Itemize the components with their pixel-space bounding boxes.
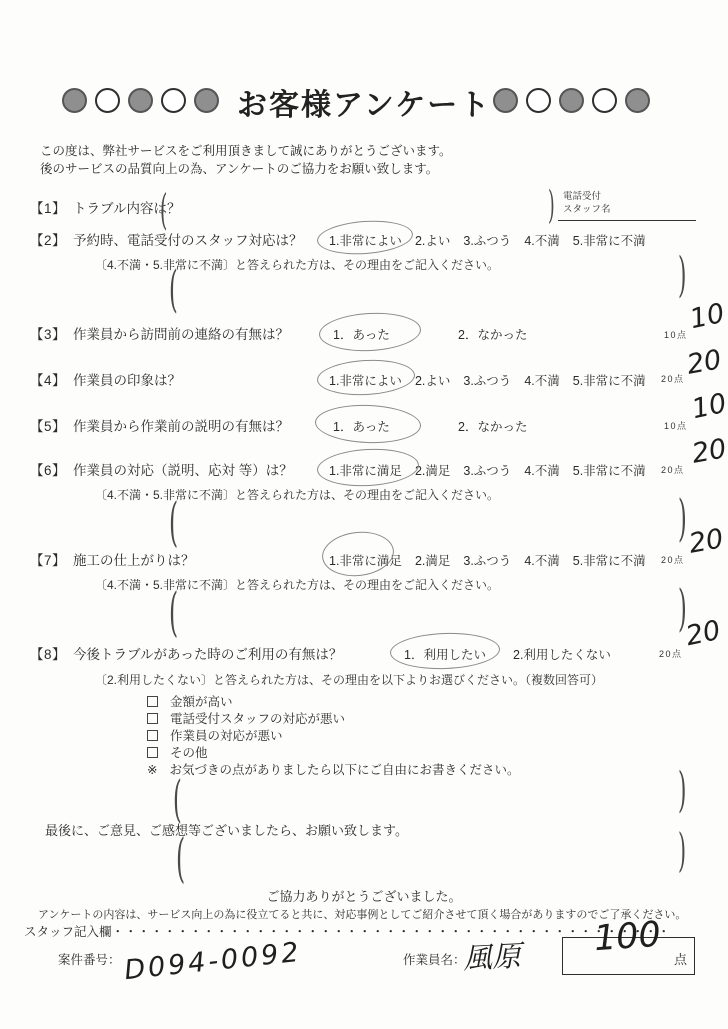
reason-bracket-close: ) (678, 251, 686, 299)
intro-line-1: この度は、弊社サービスをご利用頂きまして誠にありがとうございます。 (40, 142, 452, 160)
checkbox-icon (147, 747, 158, 758)
question-6-text: 作業員の対応（説明、応対 等）は？ (73, 459, 293, 479)
checkbox-label: 作業員の対応が悪い (170, 726, 283, 744)
case-number-label: 案件番号： (58, 950, 121, 968)
checkbox-label: 電話受付スタッフの対応が悪い (170, 709, 345, 727)
question-2-followup: 〔4.不満・5.非常に不満〕と答えられた方は、その理由をご記入ください。 (95, 256, 499, 273)
reference-mark: ※ (147, 762, 157, 777)
question-5-text: 作業員から作業前の説明の有無は？ (73, 415, 289, 435)
question-6-number: 【6】 (30, 459, 66, 479)
checkbox-icon (147, 713, 158, 724)
question-2-number: 【2】 (30, 229, 66, 249)
free-note-row: ※ お気づきの点がありましたら以下にご自由にお書きください。 (147, 760, 520, 778)
option: 3.ふつう (463, 461, 511, 479)
staff-section-label: スタッフ記入欄 (24, 925, 112, 939)
question-6-followup: 〔4.不満・5.非常に不満〕と答えられた方は、その理由をご記入ください。 (95, 486, 499, 503)
points-label: 20点 (661, 553, 685, 566)
question-8-followup: 〔2.利用したくない〕と答えられた方は、その理由を以下よりお選びください。（複数… (95, 671, 603, 688)
question-7-text: 施工の仕上がりは？ (73, 549, 195, 569)
reason-bracket-open: ( (169, 587, 178, 639)
option: 5.非常に不満 (573, 371, 646, 389)
points-label: 20点 (659, 647, 683, 660)
option: 3.ふつう (463, 371, 511, 389)
points-label: 20点 (661, 372, 685, 385)
answer-circle (316, 218, 414, 258)
question-7-followup: 〔4.不満・5.非常に不満〕と答えられた方は、その理由をご記入ください。 (95, 576, 499, 593)
option: 4.不満 (524, 371, 559, 389)
handwritten-score: 20 (687, 525, 726, 558)
thanks-text: ご協力ありがとうございました。 (0, 886, 728, 905)
answer-circle (318, 310, 422, 353)
worker-name-label: 作業員名： (403, 950, 466, 968)
option: 4.不満 (524, 551, 559, 569)
checkbox-item: その他 (147, 743, 208, 761)
question-4-number: 【4】 (30, 369, 66, 389)
option: 5.非常に不満 (573, 551, 646, 569)
checkbox-label: その他 (170, 743, 208, 761)
filled-circle-icon (62, 88, 87, 113)
decorative-circles-right (493, 88, 650, 113)
question-4: 【4】 作業員の印象は？ (30, 369, 181, 389)
option: 3.ふつう (463, 551, 511, 569)
handwritten-score: 20 (690, 435, 728, 468)
question-8-text: 今後トラブルがあった時のご利用の有無は？ (73, 643, 342, 663)
intro-text: この度は、弊社サービスをご利用頂きまして誠にありがとうございます。 後のサービス… (40, 142, 452, 178)
usage-note: アンケートの内容は、サービス向上の為に役立てると共に、対応事例としてご紹介させて… (38, 906, 686, 922)
question-2-text: 予約時、電話受付のスタッフ対応は？ (73, 229, 303, 249)
intro-line-2: 後のサービスの品質向上の為、アンケートのご協力をお願い致します。 (40, 160, 452, 178)
question-4-text: 作業員の印象は？ (73, 369, 181, 389)
handwritten-score: 10 (688, 300, 727, 334)
question-7-number: 【7】 (30, 549, 66, 569)
option: 5.非常に不満 (573, 461, 646, 479)
reason-bracket-open: ( (169, 264, 178, 314)
option: 3.ふつう (463, 231, 511, 249)
filled-circle-icon (625, 88, 650, 113)
filled-circle-icon (559, 88, 584, 113)
option: 5.非常に不満 (573, 231, 646, 249)
answer-circle (320, 528, 396, 579)
handwritten-score: 20 (684, 617, 723, 651)
free-write-bracket-open: ( (173, 774, 182, 824)
decorative-circles-left (62, 88, 219, 113)
filled-circle-icon (493, 88, 518, 113)
handwritten-score: 20 (685, 346, 724, 379)
option: 4.不満 (524, 231, 559, 249)
question-8-number: 【8】 (30, 643, 66, 663)
page-title: お客様アンケート (237, 80, 491, 124)
empty-circle-icon (592, 88, 617, 113)
question-6: 【6】 作業員の対応（説明、応対 等）は？ (30, 459, 293, 479)
question-1-number: 【1】 (30, 197, 66, 217)
option: 2.よい (415, 231, 450, 249)
answer-circle (314, 403, 421, 445)
checkbox-icon (147, 730, 158, 741)
question-5-number: 【5】 (30, 415, 66, 435)
option: 2．なかった (458, 325, 527, 343)
case-number-value: D094-0092 (123, 939, 303, 984)
comment-bracket-open: ( (176, 833, 185, 885)
points-label: 10点 (664, 328, 688, 341)
option: 2.満足 (415, 461, 450, 479)
answer-bracket-open: ( (160, 189, 167, 231)
checkbox-item: 作業員の対応が悪い (147, 726, 283, 744)
reason-bracket-open: ( (169, 497, 178, 549)
phone-staff-label-line1: 電話受付 (563, 190, 611, 203)
answer-circle (316, 446, 420, 488)
option: 4.不満 (524, 461, 559, 479)
answer-bracket-close: ) (548, 186, 555, 224)
empty-circle-icon (95, 88, 120, 113)
score-unit: 点 (674, 949, 687, 968)
final-comment-prompt: 最後に、ご意見、ご感想等ございましたら、お願い致します。 (45, 820, 408, 839)
option: 2.利用したくない (513, 645, 611, 663)
question-8: 【8】 今後トラブルがあった時のご利用の有無は？ (30, 643, 342, 663)
empty-circle-icon (526, 88, 551, 113)
free-note-text: お気づきの点がありましたら以下にご自由にお書きください。 (169, 760, 519, 778)
filled-circle-icon (128, 88, 153, 113)
option: 2.満足 (415, 551, 450, 569)
handwritten-score: 10 (690, 390, 728, 424)
answer-circle (389, 631, 500, 671)
question-7: 【7】 施工の仕上がりは？ (30, 549, 195, 569)
checkbox-item: 金額が高い (147, 692, 233, 710)
comment-bracket-close: ) (678, 827, 686, 873)
question-2: 【2】 予約時、電話受付のスタッフ対応は？ (30, 229, 303, 249)
question-3-text: 作業員から訪問前の連絡の有無は？ (73, 323, 289, 343)
points-label: 20点 (661, 463, 685, 476)
answer-circle (316, 357, 416, 397)
worker-name-signature: 風原 (462, 942, 521, 974)
question-5: 【5】 作業員から作業前の説明の有無は？ (30, 415, 289, 435)
points-label: 10点 (664, 419, 688, 432)
filled-circle-icon (194, 88, 219, 113)
question-1: 【1】 トラブル内容は？ (30, 197, 180, 217)
option: 2．なかった (458, 417, 527, 435)
question-3: 【3】 作業員から訪問前の連絡の有無は？ (30, 323, 289, 343)
reason-bracket-close: ) (678, 493, 687, 543)
free-write-bracket-close: ) (678, 766, 686, 814)
checkbox-item: 電話受付スタッフの対応が悪い (147, 709, 345, 727)
phone-staff-name-field (558, 204, 696, 221)
total-score-value: 100 (593, 918, 662, 958)
empty-circle-icon (161, 88, 186, 113)
survey-page: お客様アンケート この度は、弊社サービスをご利用頂きまして誠にありがとうございま… (0, 0, 728, 1029)
checkbox-icon (147, 696, 158, 707)
option: 2.よい (415, 371, 450, 389)
question-3-number: 【3】 (30, 323, 66, 343)
checkbox-label: 金額が高い (170, 692, 233, 710)
